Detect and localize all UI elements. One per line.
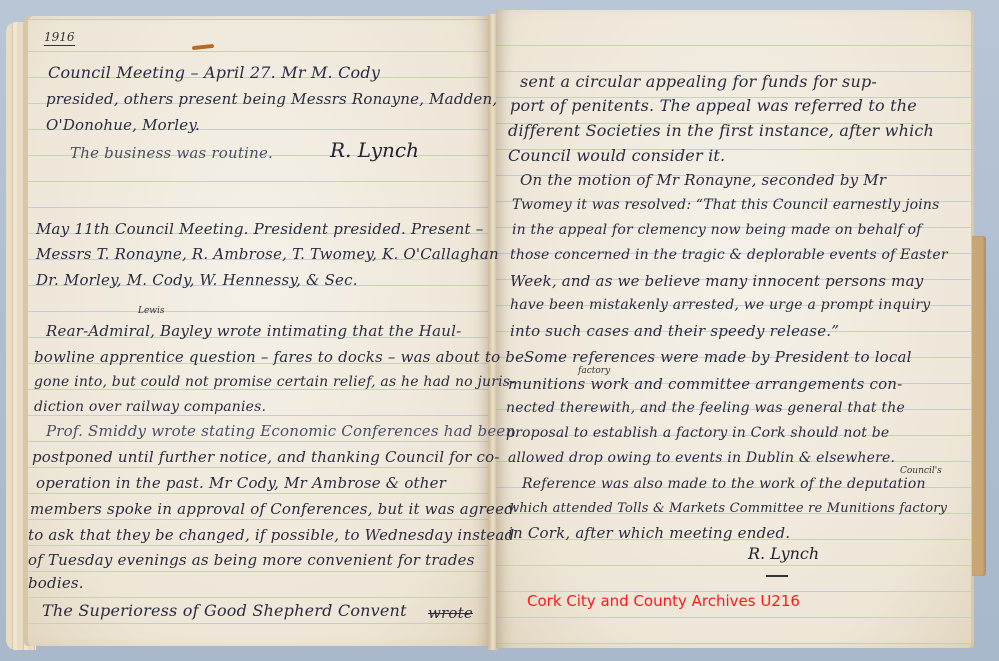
right-entry4-line3: in Cork, after which meeting ended.: [508, 524, 790, 542]
insertion-lewis: Lewis: [138, 306, 165, 316]
struck-word: wrote: [428, 604, 473, 622]
signature-r-lynch-1: R. Lynch: [330, 138, 419, 162]
left-entry4-line1: Prof. Smiddy wrote stating Economic Conf…: [46, 422, 515, 440]
signature-r-lynch-2: R. Lynch: [748, 544, 819, 563]
left-entry3-line2: bowline apprentice question – fares to d…: [34, 348, 524, 366]
right-entry1-line1: sent a circular appealing for funds for …: [520, 72, 877, 91]
left-entry2-line3: Dr. Morley, M. Cody, W. Hennessy, & Sec.: [36, 271, 358, 289]
left-entry4-line3: operation in the past. Mr Cody, Mr Ambro…: [36, 474, 446, 492]
left-entry3-line3: gone into, but could not promise certain…: [34, 374, 515, 390]
right-entry2-line2: Twomey it was resolved: “That this Counc…: [512, 197, 940, 213]
left-entry4-line4: members spoke in approval of Conferences…: [30, 500, 514, 518]
signature-underline: [766, 575, 788, 577]
left-entry4-line5: to ask that they be changed, if possible…: [28, 526, 514, 544]
right-entry1-line4: Council would consider it.: [508, 146, 725, 165]
left-entry3-line1: Rear-Admiral, Bayley wrote intimating th…: [46, 322, 461, 340]
right-entry1-line2: port of penitents. The appeal was referr…: [510, 96, 917, 115]
year-mark: 1916: [44, 30, 75, 46]
left-entry2-line2: Messrs T. Ronayne, R. Ambrose, T. Twomey…: [36, 245, 499, 263]
right-entry2-line6: have been mistakenly arrested, we urge a…: [510, 297, 930, 313]
right-entry2-line3: in the appeal for clemency now being mad…: [512, 222, 922, 238]
right-entry4-line1: Reference was also made to the work of t…: [522, 476, 926, 492]
left-entry1-line2: presided, others present being Messrs Ro…: [46, 90, 497, 108]
right-entry1-line3: different Societies in the first instanc…: [508, 121, 934, 140]
right-entry2-line1: On the motion of Mr Ronayne, seconded by…: [520, 171, 886, 189]
insertion-councils: Council's: [900, 466, 942, 476]
left-entry4-line2: postponed until further notice, and than…: [32, 448, 500, 466]
left-entry4-line6: of Tuesday evenings as being more conven…: [28, 551, 475, 569]
right-entry3-line3: nected therewith, and the feeling was ge…: [506, 400, 905, 416]
right-entry3-line1: Some references were made by President t…: [524, 348, 912, 366]
left-entry1-line4: The business was routine.: [70, 144, 273, 162]
left-entry1-line1: Council Meeting – April 27. Mr M. Cody: [48, 63, 380, 82]
left-entry2-line1: May 11th Council Meeting. President pres…: [36, 220, 483, 238]
left-entry4-line7: bodies.: [28, 574, 84, 592]
right-entry2-line4: those concerned in the tragic & deplorab…: [510, 247, 948, 263]
left-entry1-line3: O'Donohue, Morley.: [46, 116, 200, 134]
right-entry2-line5: Week, and as we believe many innocent pe…: [510, 272, 923, 290]
left-entry5-line1: The Superioress of Good Shepherd Convent: [42, 601, 407, 620]
archive-watermark: Cork City and County Archives U216: [527, 592, 800, 610]
right-entry3-line2: munitions work and committee arrangement…: [508, 375, 902, 393]
right-entry3-line5: allowed drop owing to events in Dublin &…: [508, 450, 895, 466]
paper-edge-tab: [972, 236, 986, 576]
right-entry2-line7: into such cases and their speedy release…: [510, 322, 839, 340]
right-entry4-line2: which attended Tolls & Markets Committee…: [508, 501, 947, 516]
right-entry3-line4: proposal to establish a factory in Cork …: [506, 425, 889, 441]
left-entry3-line4: diction over railway companies.: [34, 399, 266, 415]
open-minute-book: 1916 Council Meeting – April 27. Mr M. C…: [0, 0, 999, 661]
